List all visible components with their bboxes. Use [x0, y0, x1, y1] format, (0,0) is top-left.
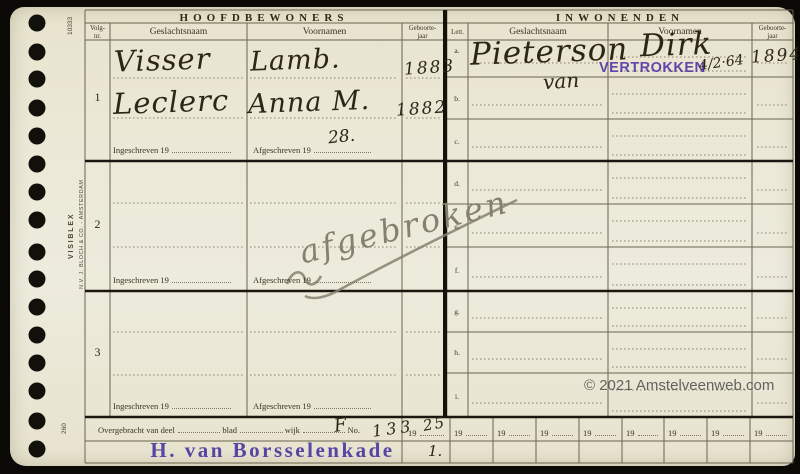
letter-f: f. — [449, 266, 465, 275]
ingeschreven-text-2: Ingeschreven 19 — [113, 275, 169, 285]
year-prefix: 19 — [497, 428, 506, 438]
section-2-number: 2 — [86, 217, 109, 232]
year-cell: 19 — [668, 424, 703, 438]
afgeschreven-label-1: Afgeschreven 19 — [253, 144, 373, 155]
letter-c: c. — [449, 137, 465, 146]
afgeschreven-text-3: Afgeschreven 19 — [253, 401, 311, 411]
letter-a: a. — [449, 46, 465, 55]
dotted-leader — [172, 144, 231, 153]
entry-1-firstname: Lamb. — [249, 43, 341, 77]
col-volgnr: Volg- nr. — [85, 25, 110, 40]
year-prefix: 19 — [540, 428, 549, 438]
address-stamp: H. van Borsselenkade — [140, 438, 405, 463]
col-geboortejaar-left-line2: jaar — [402, 33, 443, 41]
section-1-number: 1 — [86, 90, 109, 105]
dotted-leader — [509, 427, 531, 436]
col-geboortejaar-left: Geboorte- jaar — [402, 25, 443, 40]
dotted-leader — [172, 400, 231, 409]
year-cell: 19 — [497, 424, 532, 438]
wijk-label: wijk — [285, 425, 300, 435]
dotted-leader — [638, 427, 659, 436]
year-cell: 19 — [454, 424, 489, 438]
ingeschreven-text-1: Ingeschreven 19 — [113, 145, 169, 155]
inwonende-birthyear: 1894 — [750, 44, 800, 68]
afgeschreven-text-1: Afgeschreven 19 — [253, 145, 311, 155]
ingeschreven-label-3: Ingeschreven 19 — [113, 400, 233, 411]
afgeschreven-label-3: Afgeschreven 19 — [253, 400, 373, 411]
letter-b: b. — [449, 94, 465, 103]
entry-2-surname: Leclerc — [112, 83, 229, 121]
wijk-value: F — [333, 414, 348, 437]
hoofdbewoners-title: HOOFDBEWONERS — [85, 12, 443, 24]
dotted-leader — [314, 274, 371, 283]
entry-1-birthyear: 1883 — [403, 56, 456, 80]
year-prefix: 19 — [454, 428, 463, 438]
year-cell: 19 — [583, 424, 618, 438]
dotted-leader — [595, 427, 617, 436]
letter-h: h. — [449, 348, 465, 357]
inwonenden-title: INWONENDEN — [447, 12, 793, 24]
year-cell: 19 — [626, 424, 660, 438]
entry-2-birthyear: 1882 — [395, 97, 448, 121]
year-cell: 19 — [711, 424, 746, 438]
col-volgnr-line2: nr. — [85, 33, 110, 41]
col-geboortejaar-right-line1: Geboorte- — [752, 25, 793, 33]
entry-1-surname: Visser — [113, 41, 211, 78]
letter-i: i. — [449, 392, 465, 401]
dotted-leader — [466, 427, 488, 436]
col-geboortejaar-right: Geboorte- jaar — [752, 25, 793, 40]
dotted-leader — [314, 144, 371, 153]
dotted-leader — [172, 274, 231, 283]
serial-number-bottom: 260 — [61, 423, 68, 434]
dotted-leader — [680, 427, 702, 436]
year-prefix: 19 — [626, 428, 635, 438]
col-voornamen-left: Voornamen — [247, 27, 402, 37]
dotted-leader — [552, 427, 574, 436]
year-prefix: 19 — [668, 428, 677, 438]
bottom-entry-value: 1. — [428, 442, 442, 460]
year-cell: 19 — [754, 424, 789, 438]
afgeschreven-text-2: Afgeschreven 19 — [253, 275, 311, 285]
ingeschreven-label-2: Ingeschreven 19 — [113, 274, 233, 285]
col-volgnr-line1: Volg- — [85, 25, 110, 33]
afgeschreven-label-2: Afgeschreven 19 — [253, 274, 373, 285]
year-prefix: 19 — [754, 428, 763, 438]
no-label: No. — [347, 425, 360, 435]
blad-label: blad — [222, 425, 237, 435]
letter-d: d. — [449, 179, 465, 188]
inwonende-surname-suffix: van — [542, 68, 580, 94]
year-prefix: 19 — [583, 428, 592, 438]
brand-company-line: N.V. J. BLOCH & CO. - AMSTERDAM — [79, 180, 85, 289]
dotted-leader — [178, 424, 221, 433]
dotted-leader — [723, 427, 745, 436]
ingeschreven-text-3: Ingeschreven 19 — [113, 401, 169, 411]
dotted-leader — [314, 400, 371, 409]
overgebracht-label: Overgebracht van deel — [98, 425, 175, 435]
section-3-number: 3 — [86, 345, 109, 360]
serial-number-top: 10333 — [67, 17, 74, 35]
vertrokken-stamp: VERTROKKEN — [599, 60, 706, 76]
col-geboortejaar-right-line2: jaar — [752, 33, 793, 41]
letter-g: g. — [449, 307, 465, 316]
year-prefix: 19 — [408, 428, 417, 438]
copyright-watermark: © 2021 Amstelveenweb.com — [584, 377, 774, 394]
col-lett: Lett. — [447, 29, 468, 37]
ingeschreven-label-1: Ingeschreven 19 — [113, 144, 233, 155]
letter-e: e. — [449, 222, 465, 231]
year-cell: 19 — [540, 424, 575, 438]
year-prefix: 19 — [711, 428, 720, 438]
overgebracht-row: Overgebracht van deel blad wijk No. — [98, 424, 360, 435]
entry-2-firstname: Anna M. — [247, 85, 370, 120]
register-card-scan: 10333 VISIBLEX N.V. J. BLOCH & CO. - AMS… — [0, 0, 800, 474]
dotted-leader — [240, 424, 283, 433]
col-geslachtsnaam-left: Geslachtsnaam — [110, 27, 247, 37]
dotted-leader — [766, 427, 788, 436]
col-geboortejaar-left-line1: Geboorte- — [402, 25, 443, 33]
brand-name: VISIBLEX — [68, 213, 75, 259]
